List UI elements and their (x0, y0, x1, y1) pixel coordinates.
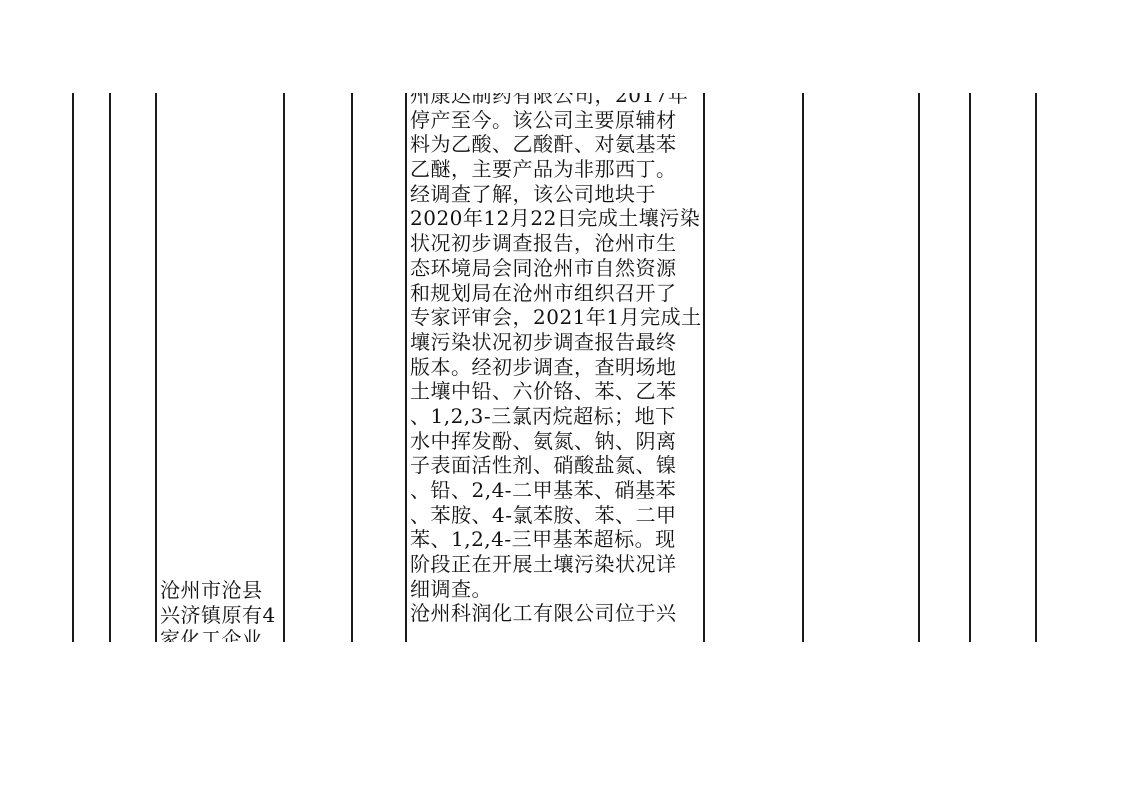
column-border (351, 93, 353, 642)
text-line: 、苯胺、4-氯苯胺、苯、二甲 (410, 503, 702, 528)
text-line: 、1,2,3-三氯丙烷超标；地下 (410, 404, 702, 429)
text-line: 态环境局会同沧州市自然资源 (410, 256, 702, 281)
description-cell: 州康达制药有限公司，2017年 停产至今。该公司主要原辅材 料为乙酸、乙酸酐、对… (407, 93, 703, 642)
text-line: 阶段正在开展土壤污染状况详 (410, 552, 702, 577)
text-line: 兴济镇原有4 (160, 603, 276, 628)
text-line: 和规划局在沧州市组织召开了 (410, 281, 702, 306)
text-line: 经调查了解，该公司地块于 (410, 182, 702, 207)
column-border (969, 93, 971, 642)
column-border (72, 93, 74, 642)
text-line: 壤污染状况初步调查报告最终 (410, 330, 702, 355)
column-border (1035, 93, 1037, 642)
text-line: 苯、1,2,4-三甲基苯超标。现 (410, 527, 702, 552)
text-line: 细调查。 (410, 577, 702, 602)
column-border (283, 93, 285, 642)
text-line: 土壤中铅、六价铬、苯、乙苯 (410, 379, 702, 404)
text-line: 状况初步调查报告，沧州市生 (410, 231, 702, 256)
text-line: 沧州市沧县 (160, 578, 276, 603)
text-line: 水中挥发酚、氨氮、钠、阴离 (410, 429, 702, 454)
text-line: 停产至今。该公司主要原辅材 (410, 108, 702, 133)
text-line: 州康达制药有限公司，2017年 (410, 93, 702, 108)
text-line: 、铅、2,4-二甲基苯、硝基苯 (410, 478, 702, 503)
text-line: 2020年12月22日完成土壤污染 (410, 206, 702, 231)
column-border (918, 93, 920, 642)
text-line: 专家评审会，2021年1月完成土 (410, 305, 702, 330)
column-border (109, 93, 111, 642)
text-line: 乙醚，主要产品为非那西丁。 (410, 157, 702, 182)
column-border (703, 93, 705, 642)
text-line: 版本。经初步调查，查明场地 (410, 355, 702, 380)
column-border (802, 93, 804, 642)
region-cell-text: 沧州市沧县 兴济镇原有4 家化工企业 (160, 578, 276, 642)
region-cell: 沧州市沧县 兴济镇原有4 家化工企业 (157, 93, 283, 642)
text-line: 子表面活性剂、硝酸盐氮、镍 (410, 453, 702, 478)
text-line: 沧州科润化工有限公司位于兴 (410, 601, 702, 626)
description-cell-text: 州康达制药有限公司，2017年 停产至今。该公司主要原辅材 料为乙酸、乙酸酐、对… (410, 93, 702, 626)
text-line: 料为乙酸、乙酸酐、对氨基苯 (410, 132, 702, 157)
text-line: 家化工企业 (160, 627, 276, 642)
